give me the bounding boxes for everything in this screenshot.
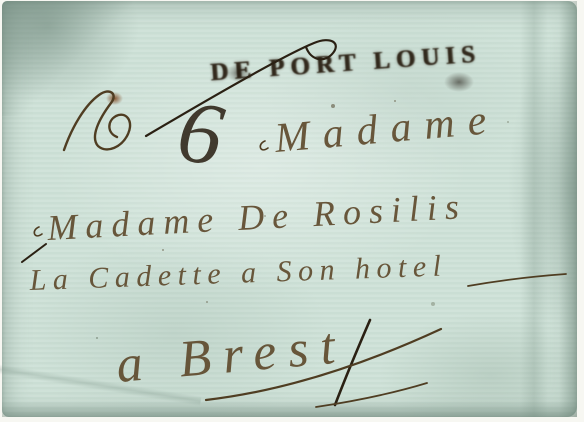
address-line-3: La Cadette a Son hotel [28, 249, 448, 297]
pen-curl [34, 227, 42, 236]
address-line-1: Madame [272, 97, 501, 163]
monogram-flourish [64, 91, 130, 150]
handwriting-layer: 6 Madame Madame De Rosilis La Cadette a … [0, 0, 584, 422]
address-line-4: a Brest [114, 317, 349, 394]
brest-under-flourish [316, 383, 427, 407]
rate-marking: 6 [171, 83, 230, 186]
address-line-2: Madame De Rosilis [45, 186, 467, 248]
letter-scan: DE PORT LOUIS 6 Madame Madame De Rosilis… [0, 0, 584, 422]
pen-cross-stroke [22, 244, 46, 262]
underline-flourish [468, 274, 566, 286]
pen-curl [260, 141, 268, 150]
